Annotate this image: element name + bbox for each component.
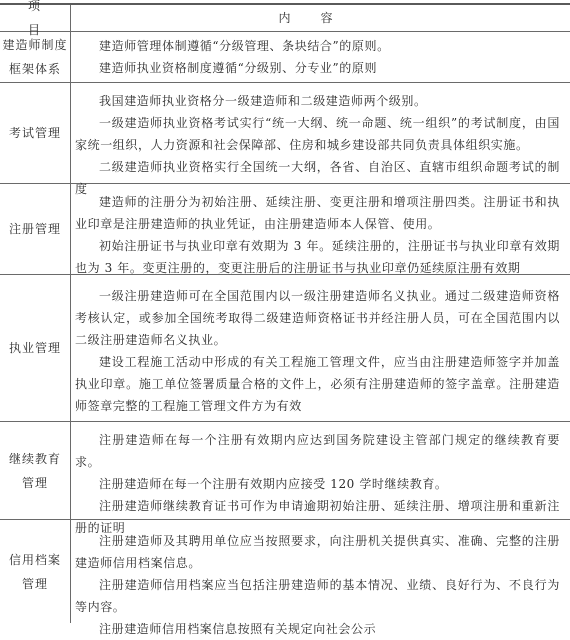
content-paragraph: 注册建造师在每一个注册有效期内应达到国务院建设主管部门规定的继续教育要求。 — [75, 429, 560, 473]
content-paragraph: 建设工程施工活动中形成的有关工程施工管理文件，应当由注册建造师签字并加盖执业印章… — [75, 351, 560, 417]
table-header-row: 项目 内容 — [0, 5, 570, 32]
item-line: 执业管理 — [9, 336, 61, 360]
content-paragraph: 建造师管理体制遵循“分级管理、条块结合”的原则。 — [75, 35, 560, 57]
content-paragraph: 注册建造师在每一个注册有效期内应接受 120 学时继续教育。 — [75, 473, 560, 495]
item-line: 信用档案 — [9, 548, 61, 572]
row-item-label: 执业管理 — [0, 275, 71, 421]
item-line: 继续教育 — [9, 447, 61, 471]
header-item: 项目 — [0, 5, 71, 31]
row-item-label: 考试管理 — [0, 83, 71, 183]
row-item-label: 注册管理 — [0, 184, 71, 274]
table-row: 建造师制度 框架体系 建造师管理体制遵循“分级管理、条块结合”的原则。 建造师执… — [0, 32, 570, 83]
content-paragraph: 建造师的注册分为初始注册、延续注册、变更注册和增项注册四类。注册证书和执业印章是… — [75, 191, 560, 235]
content-paragraph: 一级注册建造师可在全国范围内以一级注册建造师名义执业。通过二级建造师资格考核认定… — [75, 285, 560, 351]
item-line: 管理 — [9, 471, 61, 495]
table-row: 注册管理 建造师的注册分为初始注册、延续注册、变更注册和增项注册四类。注册证书和… — [0, 184, 570, 275]
row-item-label: 继续教育 管理 — [0, 422, 71, 519]
row-item-label: 建造师制度 框架体系 — [0, 32, 71, 82]
content-paragraph: 建造师执业资格制度遵循“分级别、分专业”的原则 — [75, 57, 560, 79]
row-content: 建造师管理体制遵循“分级管理、条块结合”的原则。 建造师执业资格制度遵循“分级别… — [71, 32, 570, 82]
row-content: 建造师的注册分为初始注册、延续注册、变更注册和增项注册四类。注册证书和执业印章是… — [71, 184, 570, 274]
table-row: 考试管理 我国建造师执业资格分一级建造师和二级建造师两个级别。 一级建造师执业资… — [0, 83, 570, 184]
row-content: 一级注册建造师可在全国范围内以一级注册建造师名义执业。通过二级建造师资格考核认定… — [71, 275, 570, 421]
table-row: 信用档案 管理 注册建造师及其聘用单位应当按照要求，向注册机关提供真实、准确、完… — [0, 520, 570, 621]
table-row: 执业管理 一级注册建造师可在全国范围内以一级注册建造师名义执业。通过二级建造师资… — [0, 275, 570, 422]
regulation-table: 项目 内容 建造师制度 框架体系 建造师管理体制遵循“分级管理、条块结合”的原则… — [0, 3, 570, 621]
item-line: 考试管理 — [9, 121, 61, 145]
item-line: 框架体系 — [2, 57, 67, 81]
row-content: 我国建造师执业资格分一级建造师和二级建造师两个级别。 一级建造师执业资格考试实行… — [71, 83, 570, 183]
content-paragraph: 注册建造师及其聘用单位应当按照要求，向注册机关提供真实、准确、完整的注册建造师信… — [75, 530, 560, 574]
item-line: 建造师制度 — [2, 33, 67, 57]
row-content: 注册建造师及其聘用单位应当按照要求，向注册机关提供真实、准确、完整的注册建造师信… — [71, 520, 570, 621]
content-paragraph: 我国建造师执业资格分一级建造师和二级建造师两个级别。 — [75, 90, 560, 112]
row-content: 注册建造师在每一个注册有效期内应达到国务院建设主管部门规定的继续教育要求。 注册… — [71, 422, 570, 519]
content-paragraph: 一级建造师执业资格考试实行“统一大纲、统一命题、统一组织”的考试制度，由国家统一… — [75, 112, 560, 156]
header-content: 内容 — [71, 5, 570, 31]
item-line: 注册管理 — [9, 217, 61, 241]
content-paragraph: 注册建造师信用档案应当包括注册建造师的基本情况、业绩、良好行为、不良行为等内容。 — [75, 574, 560, 618]
row-item-label: 信用档案 管理 — [0, 520, 71, 621]
content-paragraph: 初始注册证书与执业印章有效期为 3 年。延续注册的，注册证书与执业印章有效期也为… — [75, 235, 560, 279]
item-line: 管理 — [9, 572, 61, 596]
table-row: 继续教育 管理 注册建造师在每一个注册有效期内应达到国务院建设主管部门规定的继续… — [0, 422, 570, 520]
